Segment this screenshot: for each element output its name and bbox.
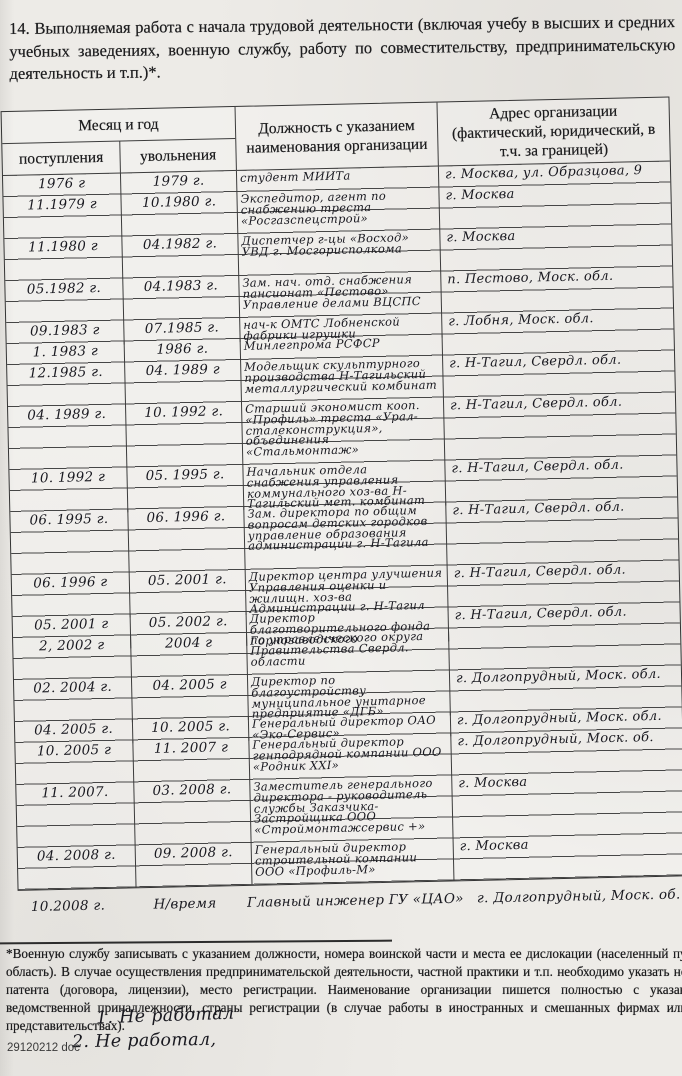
table-body: 1976 г 1979 г. студент МИИТа г. Москва, …	[3, 162, 682, 890]
date-start-cell: 04. 2008 г.	[18, 845, 137, 890]
address-cell: г. Н-Тагил, Свердл. обл.	[443, 350, 675, 397]
date-start-cell: 10. 2005 г	[15, 740, 134, 785]
date-end-cell: 10. 1992 г.	[126, 402, 243, 468]
date-start-cell: 06. 1996 г	[12, 572, 131, 620]
header-col-end: увольнения	[120, 139, 236, 173]
position-cell: Диспетчер г-цы «Восход» УВД г. Мосгорисп…	[238, 230, 441, 276]
date-start-cell: 05.1982 г.	[5, 278, 124, 323]
current-job-row: 10.2008 г. Н/время Главный инженер ГУ «Ц…	[9, 889, 678, 915]
doc-code: 29120212 doc	[7, 1042, 80, 1054]
header-month-year-group: Месяц и год поступления увольнения	[2, 107, 237, 175]
current-date-start: 10.2008 г.	[9, 899, 127, 914]
position-cell: по управленческого округа Правительства …	[247, 628, 450, 674]
position-cell: Экспедитор, агент по снабжению треста «Р…	[237, 188, 440, 234]
address-cell: г. Москва	[452, 770, 682, 838]
date-start-cell: 1. 1983 г	[7, 341, 125, 365]
date-end-cell: 11. 2007 г	[133, 738, 250, 783]
position-cell: Генеральный директор строительной компан…	[252, 838, 455, 884]
address-cell: г. Н-Тагил, Свердл. обл.	[446, 497, 678, 565]
date-end-cell: 04. 1989 г	[125, 360, 242, 405]
current-date-end: Н/время	[127, 897, 243, 912]
date-start-cell: 02. 2004 г.	[14, 677, 133, 725]
date-end-cell: 06. 1996 г.	[128, 507, 245, 573]
header-col-address: Адрес организации (фактический, юридичес…	[437, 98, 669, 166]
address-cell: г. Москва	[454, 833, 682, 880]
date-start-cell: 10. 1992 г	[9, 467, 128, 515]
address-cell: г. Москва	[439, 183, 671, 230]
date-start-cell: 1976 г	[3, 173, 121, 197]
date-end-cell: 04.1982 г.	[122, 234, 239, 279]
date-start-cell: 11.1979 г	[3, 194, 122, 239]
handwritten-note-2: 2. Не работал,	[72, 1030, 217, 1053]
position-cell: Старший экономист кооп. «Профиль» треста…	[242, 397, 445, 464]
header-col-position: Должность с указанием наименования орган…	[236, 103, 439, 170]
address-cell: г. Москва	[440, 224, 672, 271]
date-start-cell: 04. 1989 г.	[8, 404, 127, 470]
scanned-form-page: 14. Выполняемая работа с начала трудовой…	[0, 0, 682, 1076]
date-end-cell: 09. 2008 г.	[136, 843, 253, 888]
work-history-table: Месяц и год поступления увольнения Должн…	[1, 97, 682, 891]
section-14-heading: 14. Выполняемая работа с начала трудовой…	[9, 11, 676, 85]
address-cell: г. Долгопрудный, Моск. об.	[451, 728, 682, 775]
header-month-year: Месяц и год	[2, 107, 236, 144]
date-end-cell: 2004 г	[131, 633, 248, 678]
position-cell: Зам. директора по общим вопросам детских…	[244, 502, 447, 569]
date-start-cell: 2, 2002 г	[13, 635, 132, 680]
date-start-cell: 11.1980 г	[4, 236, 123, 281]
current-position: Главный инженер ГУ «ЦАО»	[243, 893, 473, 910]
address-cell: п. Пестово, Моск. обл.	[441, 266, 673, 313]
position-cell: Заместитель генерального директора - рук…	[250, 775, 453, 842]
date-end-cell: 05. 1995 г.	[127, 465, 244, 513]
date-end-cell: 04.1983 г.	[123, 276, 240, 321]
position-cell: Генеральный директор генподрядной компан…	[249, 733, 452, 779]
date-start-cell: 11. 2007.	[16, 782, 135, 848]
header-col-start: поступления	[2, 141, 121, 175]
position-cell: Модельщик скульптурного производства Н-Т…	[241, 356, 444, 402]
footnote-separator	[0, 940, 392, 945]
date-start-cell: 06. 1995 г.	[10, 509, 129, 575]
date-end-cell: 1986 г.	[125, 339, 241, 363]
date-end-cell: 04. 2005 г	[132, 675, 249, 723]
current-address: г. Долгопрудный, Моск. об.	[473, 888, 682, 905]
position-cell: Зам. нач. отд. снабжения пансионат «Пест…	[239, 272, 442, 318]
address-cell	[449, 623, 681, 670]
address-cell: г. Н-Тагил, Свердл. обл.	[444, 392, 676, 460]
date-end-cell: 10.1980 г.	[121, 192, 238, 237]
date-start-cell: 12.1985 г.	[7, 362, 126, 407]
date-end-cell: 03. 2008 г.	[134, 780, 251, 846]
date-end-cell: 1979 г.	[121, 171, 237, 195]
date-end-cell: 05. 2001 г.	[130, 570, 247, 618]
